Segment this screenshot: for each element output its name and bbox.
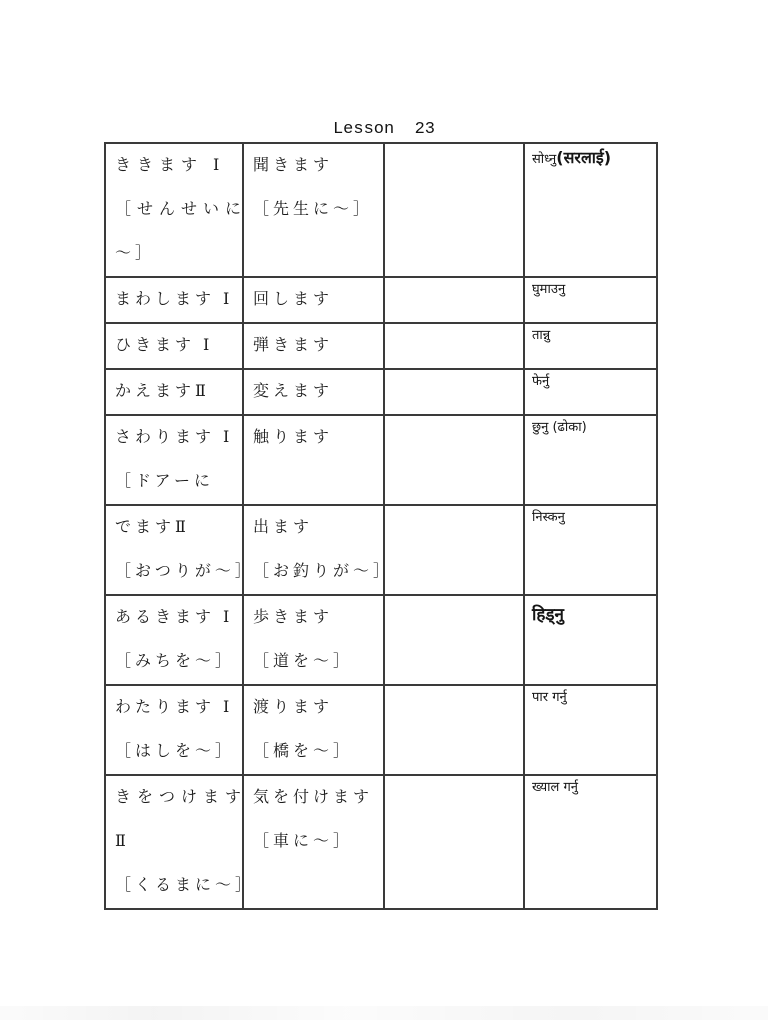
kanji-line: 渡ります	[253, 686, 382, 730]
nepali-text: घुमाउनु	[532, 282, 565, 297]
kana-line: Ⅱ	[115, 820, 241, 864]
blank-cell	[384, 685, 524, 775]
kanji-line: ［先生に〜］	[253, 188, 382, 232]
kana-line: 〜］	[115, 232, 241, 276]
blank-cell	[384, 143, 524, 277]
nepali-text: सोध्नु	[532, 152, 556, 167]
nepali-text: हिड्नु	[532, 600, 564, 626]
kanji-line: 回します	[253, 278, 382, 322]
nepali-text: निस्कनु	[532, 510, 565, 525]
kana-line: ひきます Ⅰ	[115, 324, 241, 368]
kanji-cell: 弾きます	[243, 323, 384, 369]
table-row: きをつけます Ⅱ ［くるまに〜］ 気を付けます ［車に〜］ ख्याल गर्न…	[105, 775, 657, 909]
kanji-cell: 渡ります ［橋を〜］	[243, 685, 384, 775]
kanji-cell: 触ります	[243, 415, 384, 505]
kanji-line: ［車に〜］	[253, 820, 382, 864]
kana-line: きをつけます	[115, 776, 241, 820]
table-row: あるきます Ⅰ ［みちを〜］ 歩きます ［道を〜］ हिड्नु	[105, 595, 657, 685]
blank-cell	[384, 369, 524, 415]
kanji-cell: 聞きます ［先生に〜］	[243, 143, 384, 277]
kanji-line: 弾きます	[253, 324, 382, 368]
nepali-cell: ख्याल गर्नु	[524, 775, 657, 909]
blank-cell	[384, 505, 524, 595]
kana-line: でますⅡ	[115, 506, 241, 550]
kanji-line: 聞きます	[253, 144, 382, 188]
nepali-cell: सोध्नु(सरलाई)	[524, 143, 657, 277]
kanji-line: 触ります	[253, 416, 382, 460]
kana-cell: わたります Ⅰ ［はしを〜］	[105, 685, 243, 775]
kana-line: まわします Ⅰ	[115, 278, 241, 322]
nepali-cell: तान्नु	[524, 323, 657, 369]
nepali-text: फेर्नु	[532, 374, 549, 389]
nepali-cell: पार गर्नु	[524, 685, 657, 775]
kana-cell: きをつけます Ⅱ ［くるまに〜］	[105, 775, 243, 909]
kana-cell: ひきます Ⅰ	[105, 323, 243, 369]
kana-line: ききます Ⅰ	[115, 144, 241, 188]
table-row: かえますⅡ 変えます फेर्नु	[105, 369, 657, 415]
kana-line: ［おつりが〜］	[115, 550, 241, 594]
kanji-line: 気を付けます	[253, 776, 382, 820]
kana-line: あるきます Ⅰ	[115, 596, 241, 640]
kana-cell: ききます Ⅰ ［せんせいに 〜］	[105, 143, 243, 277]
kanji-line: 変えます	[253, 370, 382, 414]
kana-line: ［くるまに〜］	[115, 864, 241, 908]
kanji-line: ［お釣りが〜］	[253, 550, 382, 594]
scan-artifact	[0, 1006, 768, 1020]
nepali-text: छुनु (ढोका)	[532, 420, 587, 435]
table-row: まわします Ⅰ 回します घुमाउनु	[105, 277, 657, 323]
nepali-text-bold: (सरलाई)	[556, 148, 611, 167]
kana-line: ［せんせいに	[115, 188, 241, 232]
table-row: ひきます Ⅰ 弾きます तान्नु	[105, 323, 657, 369]
nepali-cell: हिड्नु	[524, 595, 657, 685]
nepali-cell: घुमाउनु	[524, 277, 657, 323]
nepali-cell: फेर्नु	[524, 369, 657, 415]
kana-line: わたります Ⅰ	[115, 686, 241, 730]
blank-cell	[384, 277, 524, 323]
nepali-text: पार गर्नु	[532, 690, 567, 705]
kana-line: さわります Ⅰ	[115, 416, 241, 460]
kana-cell: さわります Ⅰ ［ドアーに	[105, 415, 243, 505]
kanji-cell: 歩きます ［道を〜］	[243, 595, 384, 685]
blank-cell	[384, 595, 524, 685]
page-title: Lesson 23	[0, 120, 768, 139]
kana-line: かえますⅡ	[115, 370, 241, 414]
kana-cell: まわします Ⅰ	[105, 277, 243, 323]
kana-cell: かえますⅡ	[105, 369, 243, 415]
kanji-line: ［橋を〜］	[253, 730, 382, 774]
blank-cell	[384, 323, 524, 369]
blank-cell	[384, 415, 524, 505]
vocab-table: ききます Ⅰ ［せんせいに 〜］ 聞きます ［先生に〜］ सोध्नु(सरला…	[104, 142, 658, 910]
table-row: わたります Ⅰ ［はしを〜］ 渡ります ［橋を〜］ पार गर्नु	[105, 685, 657, 775]
kana-cell: でますⅡ ［おつりが〜］	[105, 505, 243, 595]
kanji-cell: 回します	[243, 277, 384, 323]
kanji-cell: 気を付けます ［車に〜］	[243, 775, 384, 909]
kanji-cell: 出ます ［お釣りが〜］	[243, 505, 384, 595]
kana-line: ［ドアーに	[115, 460, 241, 504]
nepali-text: तान्नु	[532, 328, 550, 343]
table-row: さわります Ⅰ ［ドアーに 触ります छुनु (ढोका)	[105, 415, 657, 505]
kana-line: ［みちを〜］	[115, 640, 241, 684]
nepali-cell: छुनु (ढोका)	[524, 415, 657, 505]
kanji-line: 歩きます	[253, 596, 382, 640]
kana-cell: あるきます Ⅰ ［みちを〜］	[105, 595, 243, 685]
document-page: Lesson 23 ききます Ⅰ ［せんせいに 〜］ 聞きます ［先生に〜］ स…	[0, 0, 768, 1024]
kana-line: ［はしを〜］	[115, 730, 241, 774]
kanji-cell: 変えます	[243, 369, 384, 415]
blank-cell	[384, 775, 524, 909]
nepali-cell: निस्कनु	[524, 505, 657, 595]
table-row: ききます Ⅰ ［せんせいに 〜］ 聞きます ［先生に〜］ सोध्नु(सरला…	[105, 143, 657, 277]
kanji-line: 出ます	[253, 506, 382, 550]
nepali-text: ख्याल गर्नु	[532, 780, 578, 795]
table-row: でますⅡ ［おつりが〜］ 出ます ［お釣りが〜］ निस्कनु	[105, 505, 657, 595]
kanji-line: ［道を〜］	[253, 640, 382, 684]
